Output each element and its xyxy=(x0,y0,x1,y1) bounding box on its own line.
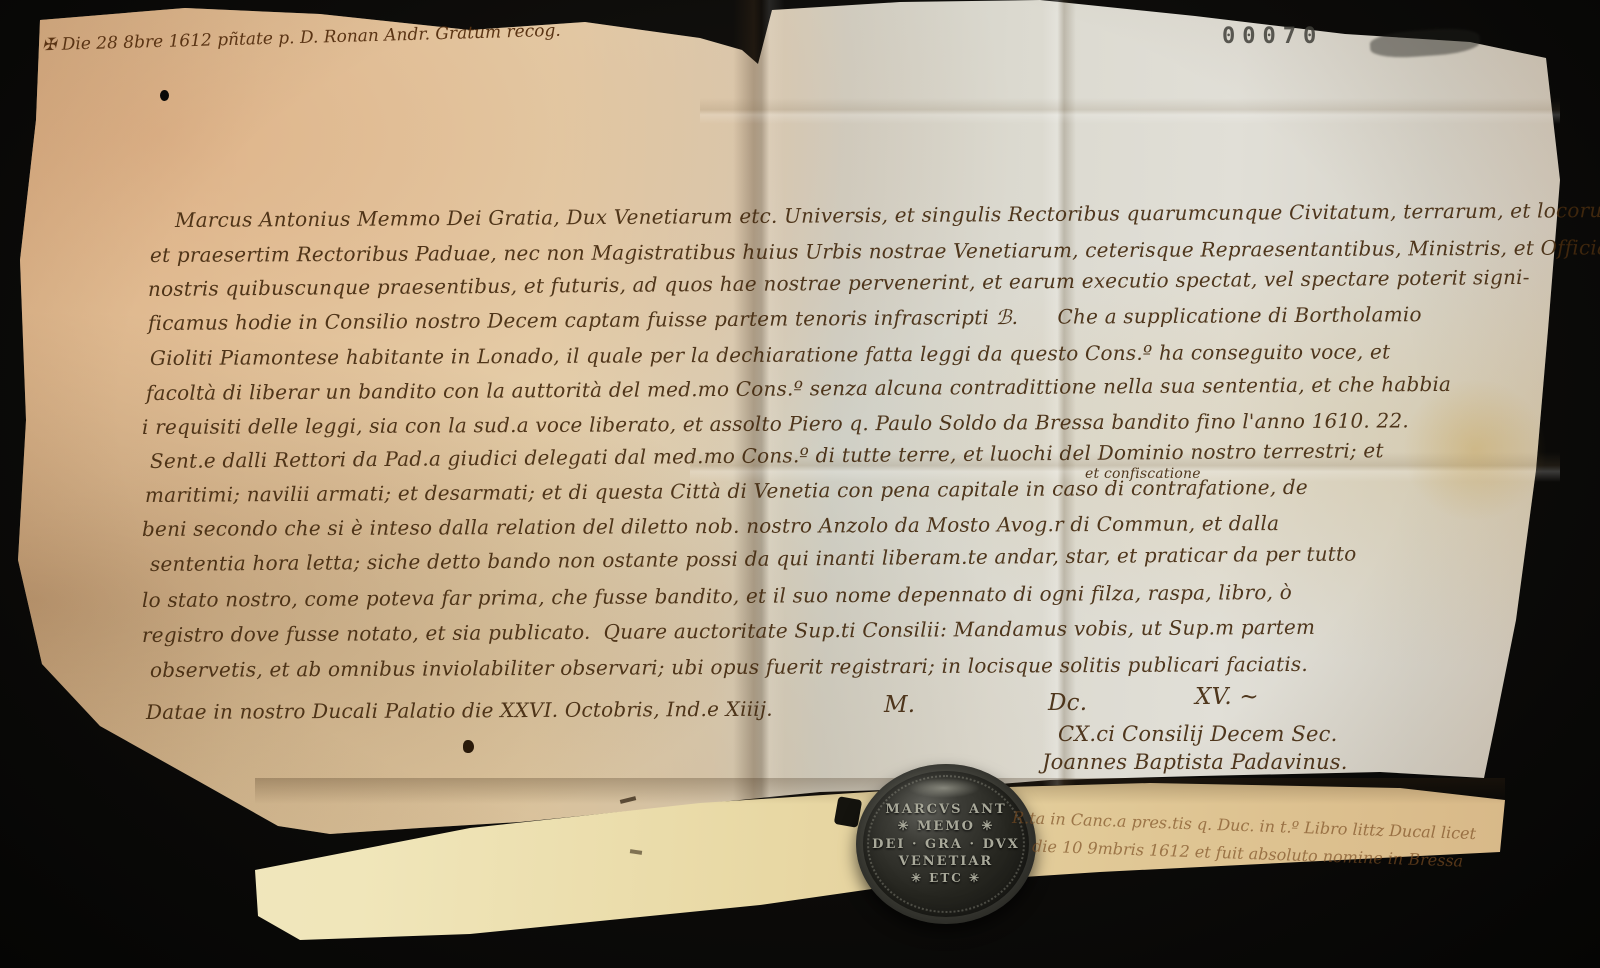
interlinear-insertion: et confiscatione xyxy=(1085,466,1201,482)
subscription-m-mark: M. xyxy=(884,692,915,718)
ink-blot xyxy=(463,740,474,753)
photograph-of-parchment-letter: ✠ Die 28 8bre 1612 pñtate p. D. Ronan An… xyxy=(0,0,1600,968)
seal-text-line: ✳ MEMO ✳ xyxy=(898,819,995,835)
seal-text-line: DEI · GRA · DVX xyxy=(872,837,1020,853)
secretary-title: CX.ci Consilij Decem Sec. xyxy=(1058,722,1338,746)
subscription-dc-mark: Dc. xyxy=(1048,690,1087,716)
subscription-xv-mark: XV. ~ xyxy=(1195,684,1259,710)
parchment-hole xyxy=(160,90,169,101)
lead-seal: MARCVS ANT ✳ MEMO ✳ DEI · GRA · DVX VENE… xyxy=(856,764,1036,924)
secretary-signature: Joannes Baptista Padavinus. xyxy=(1042,750,1348,774)
seal-text-line: ✳ ETC ✳ xyxy=(911,871,981,886)
seal-text-line: MARCVS ANT xyxy=(885,802,1006,818)
archival-number-stamp: 00070 xyxy=(1222,24,1323,49)
seal-text-line: VENETIAR xyxy=(899,854,993,870)
manuscript-line-dateline: Datae in nostro Ducali Palatio die XXVI.… xyxy=(146,697,773,724)
